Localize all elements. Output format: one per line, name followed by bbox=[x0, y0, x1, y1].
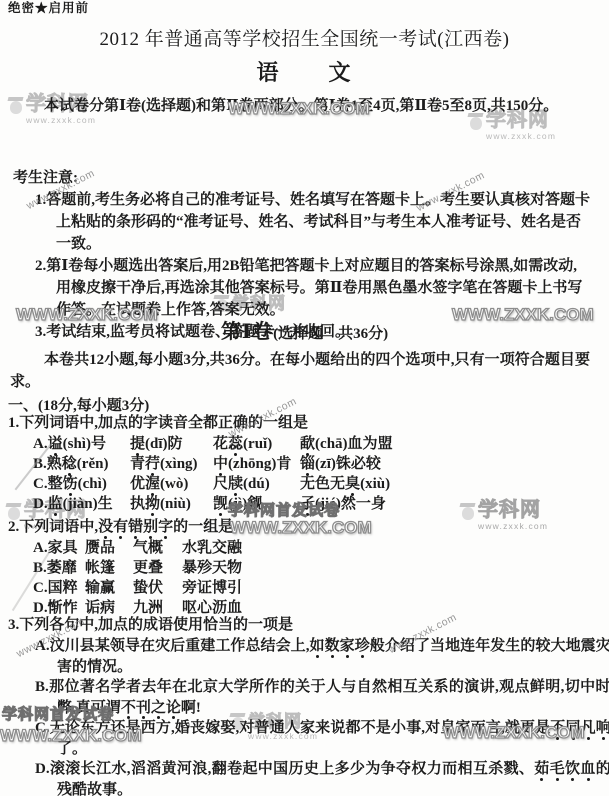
question-1-stem: 1.下列词语中,加点的字读音全都正确的一组是 bbox=[8, 413, 600, 434]
part1-title: 第Ⅰ卷 bbox=[221, 321, 273, 343]
option-row-b: B.熟稔(rěn) 青荇(xìng) 中(zhōng)肯 锱(zī)铢必较 bbox=[33, 454, 600, 474]
option-term: 无色无臭(xiù) bbox=[300, 474, 600, 494]
option-paragraph-a: A.汶川县某领导在灾后重建工作总结会上,如数家珍般介绍了当地连年发生的较大地震灾… bbox=[35, 636, 609, 677]
option-row-c: C.整饬(chì) 优渥(wò) 尺牍(dú) 无色无臭(xiù) bbox=[33, 474, 600, 494]
option-term: 更叠 bbox=[133, 558, 182, 578]
option-label: A. bbox=[33, 540, 48, 556]
zxxk-url-text: www.zxxk.com bbox=[486, 132, 556, 141]
question-number: 3. bbox=[8, 617, 19, 633]
exam-paper-page: 学科网 www.zxxk.com 学科网 www.zxxk.com 学科网 学科… bbox=[0, 0, 609, 796]
question-number: 2. bbox=[8, 519, 19, 535]
option-text: 那位著名学者去年在北京大学所作的关于人与自然相互关系的演讲,观点鲜明,切中时弊,… bbox=[49, 679, 609, 716]
option-label: C. bbox=[33, 476, 48, 492]
option-term: 歃(chā)血为盟 bbox=[300, 434, 600, 454]
option-label: B. bbox=[35, 679, 49, 695]
option-term: 整饬(chì) bbox=[48, 476, 107, 492]
zxxk-url-watermark: WWW.ZXXK.COM bbox=[443, 724, 585, 741]
question-3-stem: 3.下列各句中,加点的成语使用恰当的一项是 bbox=[8, 615, 604, 636]
subject-title: 语 文 bbox=[0, 56, 609, 87]
question-1: 1.下列词语中,加点的字读音全都正确的一组是 A.谥(shì)号 提(dī)防 … bbox=[8, 413, 600, 514]
option-term: 水乳交融 bbox=[182, 538, 600, 558]
zxxk-url-watermark: WWW.ZXXK.COM bbox=[0, 727, 142, 744]
exam-title: 2012 年普通高等学校招生全国统一考试(江西卷) bbox=[0, 24, 609, 51]
option-term: 谥(shì)号 bbox=[48, 436, 106, 452]
security-classification-label: 绝密★启用前 bbox=[8, 0, 89, 16]
option-row-a: A.家具 赝品 气概 水乳交融 bbox=[33, 538, 600, 558]
option-term: 赝品 bbox=[85, 538, 133, 558]
option-term: 熟稔(rěn) bbox=[47, 456, 109, 472]
part1-subtitle: (选择题 共36分) bbox=[273, 326, 388, 342]
option-label: D. bbox=[33, 600, 48, 616]
option-term: 输赢 bbox=[85, 578, 133, 598]
option-term: 萎靡 bbox=[47, 560, 77, 576]
option-term: 孑(jié)然一身 bbox=[300, 494, 600, 514]
option-row-c: C.国粹 输赢 蛰伏 旁证博引 bbox=[33, 578, 600, 598]
option-text: 滚滚长江水,滔滔黄河浪,翻卷起中国历史上多少为争夺权力而相互杀戮、茹毛饮血的残酷… bbox=[50, 761, 609, 796]
option-term: 花蕊(ruǐ) bbox=[213, 434, 300, 454]
option-row-b: B.萎靡 帐篷 更叠 暴殄天物 bbox=[33, 558, 600, 578]
zxxk-url-watermark: WWW.ZXXK.COM bbox=[228, 100, 370, 117]
option-term: 气概 bbox=[133, 538, 182, 558]
option-term: 蛰伏 bbox=[133, 578, 182, 598]
option-term: 中(zhōng)肯 bbox=[213, 454, 300, 474]
section-one-title: 一、(18分,每小题3分) bbox=[8, 394, 149, 415]
option-label: C. bbox=[33, 580, 48, 596]
option-term: 优渥(wò) bbox=[130, 474, 213, 494]
option-term: 提(dī)防 bbox=[130, 434, 213, 454]
notice-item-number: 2. bbox=[35, 258, 46, 274]
option-term: 青荇(xìng) bbox=[130, 454, 213, 474]
option-term: 执拗(niù) bbox=[130, 494, 213, 514]
option-term: 帐篷 bbox=[85, 558, 133, 578]
notice-item: 1.答题前,考生务必将自己的准考证号、姓名填写在答题卡上。考生要认真核对答题卡上… bbox=[10, 189, 590, 255]
option-term: 暴殄天物 bbox=[182, 558, 600, 578]
option-text: 汶川县某领导在灾后重建工作总结会上,如数家珍般介绍了当地连年发生的较大地震灾害的… bbox=[50, 638, 609, 675]
notice-item-text: 答题前,考生务必将自己的准考证号、姓名填写在答题卡上。考生要认真核对答题卡上粘贴… bbox=[46, 192, 590, 252]
zxxk-first-release-watermark: 学科网首发试卷 bbox=[228, 503, 340, 518]
option-term: 家具 bbox=[48, 540, 78, 556]
option-label: D. bbox=[35, 761, 50, 777]
zxxk-url-watermark: WWW.ZXXK.COM bbox=[230, 519, 372, 536]
option-term: 旁证博引 bbox=[182, 578, 600, 598]
option-term: 锱(zī)铢必较 bbox=[300, 454, 600, 474]
question-2-options: A.家具 赝品 气概 水乳交融 B.萎靡 帐篷 更叠 暴殄天物 C.国粹 输赢 … bbox=[33, 538, 600, 618]
zxxk-first-release-watermark: 学科网首发试卷 bbox=[2, 707, 114, 722]
option-paragraph-d: D.滚滚长江水,滔滔黄河浪,翻卷起中国历史上多少为争夺权力而相互杀戮、茹毛饮血的… bbox=[35, 759, 609, 796]
zxxk-url-watermark: WWW.ZXXK.COM bbox=[452, 306, 594, 323]
question-number: 1. bbox=[8, 415, 19, 431]
option-term: 监(jiàn)生 bbox=[48, 496, 113, 512]
option-term: 惭怍 bbox=[48, 600, 78, 616]
option-term: 尺牍(dú) bbox=[213, 474, 300, 494]
option-paragraph-b: B.那位著名学者去年在北京大学所作的关于人与自然相互关系的演讲,观点鲜明,切中时… bbox=[35, 677, 609, 718]
zxxk-url-watermark: WWW.ZXXK.COM bbox=[16, 306, 158, 323]
option-row-a: A.谥(shì)号 提(dī)防 花蕊(ruǐ) 歃(chā)血为盟 bbox=[33, 434, 600, 454]
part1-instructions: 本卷共12小题,每小题3分,共36分。在每小题给出的四个选项中,只有一项符合题目… bbox=[10, 350, 590, 393]
option-term: 国粹 bbox=[48, 580, 78, 596]
question-stem-text: 下列词语中,没有错别字的一组是 bbox=[19, 519, 233, 535]
option-label: D. bbox=[33, 496, 48, 512]
